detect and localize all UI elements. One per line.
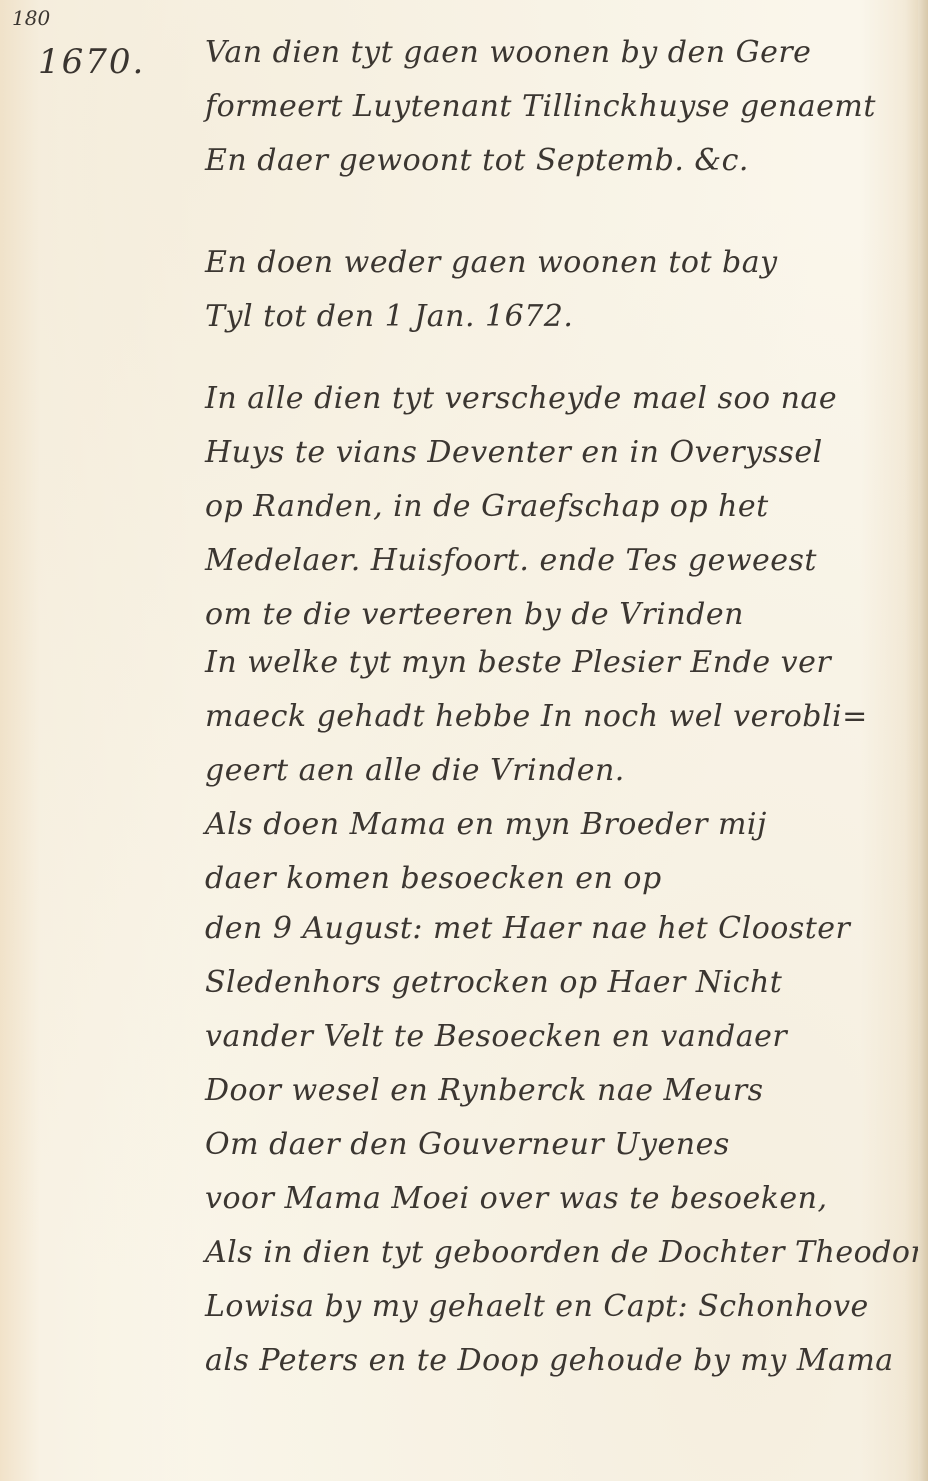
entry-line: maeck gehadt hebbe In noch wel verobli=: [205, 690, 885, 744]
entry-line: Van dien tyt gaen woonen by den Gere: [205, 26, 885, 80]
entry-line: Om daer den Gouverneur Uyenes: [205, 1118, 885, 1172]
entry-line: geert aen alle die Vrinden.: [205, 744, 885, 798]
entry-2: En doen weder gaen woonen tot bay Tyl to…: [205, 236, 885, 344]
entry-line: Sledenhors getrocken op Haer Nicht: [205, 956, 885, 1010]
book-spine-edge: [918, 0, 928, 1481]
margin-year: 1670.: [38, 42, 145, 82]
entry-line: formeert Luytenant Tillinckhuyse genaemt: [205, 80, 885, 134]
entry-line: voor Mama Moei over was te besoeken,: [205, 1172, 885, 1226]
entry-line: daer komen besoecken en op: [205, 852, 885, 906]
entry-line: Als doen Mama en myn Broeder mij: [205, 798, 885, 852]
entry-6: den 9 August: met Haer nae het Clooster …: [205, 902, 885, 1388]
entry-5: Als doen Mama en myn Broeder mij daer ko…: [205, 798, 885, 906]
entry-line: Medelaer. Huisfoort. ende Tes geweest: [205, 534, 885, 588]
entry-line: om te die verteeren by de Vrinden: [205, 588, 885, 642]
entry-line: En daer gewoont tot Septemb. &c.: [205, 134, 885, 188]
entry-line: Lowisa by my gehaelt en Capt: Schonhove: [205, 1280, 885, 1334]
entry-line: den 9 August: met Haer nae het Clooster: [205, 902, 885, 956]
entry-3: In alle dien tyt verscheyde mael soo nae…: [205, 372, 885, 642]
entry-line: Door wesel en Rynberck nae Meurs: [205, 1064, 885, 1118]
entry-line: Als in dien tyt geboorden de Dochter The…: [205, 1226, 885, 1280]
entry-line: vander Velt te Besoecken en vandaer: [205, 1010, 885, 1064]
manuscript-page: 180 1670. Van dien tyt gaen woonen by de…: [0, 0, 928, 1481]
entry-line: op Randen, in de Graefschap op het: [205, 480, 885, 534]
entry-line: In welke tyt myn beste Plesier Ende ver: [205, 636, 885, 690]
page-number: 180: [12, 6, 50, 30]
entry-line: als Peters en te Doop gehoude by my Mama: [205, 1334, 885, 1388]
entry-4: In welke tyt myn beste Plesier Ende ver …: [205, 636, 885, 798]
entry-line: In alle dien tyt verscheyde mael soo nae: [205, 372, 885, 426]
entry-line: Huys te vians Deventer en in Overyssel: [205, 426, 885, 480]
entry-line: Tyl tot den 1 Jan. 1672.: [205, 290, 885, 344]
entry-1: Van dien tyt gaen woonen by den Gere for…: [205, 26, 885, 188]
entry-line: En doen weder gaen woonen tot bay: [205, 236, 885, 290]
